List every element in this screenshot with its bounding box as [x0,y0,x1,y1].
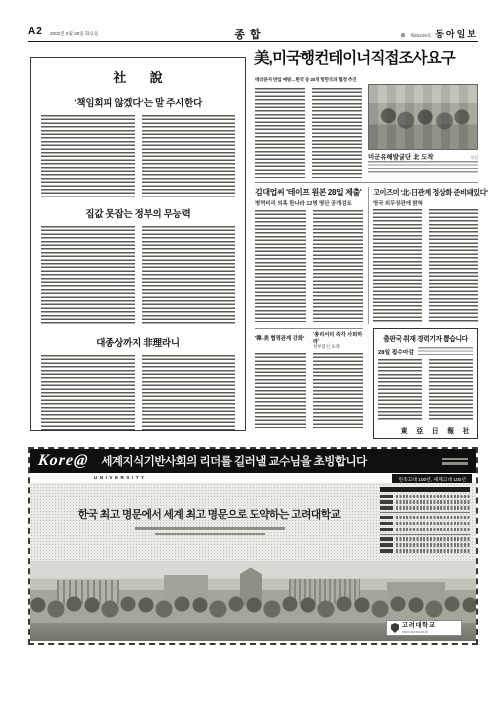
university-name: 고려대학교 [402,622,435,629]
header-rule [28,41,478,42]
korea-logo: Kore@ [37,452,89,470]
photo-caption-text [368,161,478,174]
ad-position-list [380,487,470,555]
news-photo [368,84,478,150]
newspaper-page: A2 2002년 5월 28일 화요일 종합 ⊕ 제25229호 동아일보 社 … [0,0,500,707]
mini-story-left-headline: '韓-美 협력관계 강화' [255,334,308,342]
notice-signature: 東 亞 日 報 社 [378,425,473,435]
notice-intro-text [418,347,473,355]
university-url: www.korea.ac.kr [402,630,435,634]
story-koizumi-body-text [373,209,478,323]
ad-sub-text [130,527,290,538]
ad-banner-small-text [442,458,468,465]
notice-title: 출판국 취재 경력기자 뽑습니다 [378,333,473,343]
divider-rule-2 [255,328,363,329]
ad-body: 한국 최고 명문에서 세계 최고 명문으로 도약하는 고려대학교 [30,483,476,561]
lead-body-text [255,88,362,178]
editorial-headline-3: 대종상까지 非理라니 [41,335,235,349]
notice-deadline: 28일 접수마감 [378,347,414,356]
issue-number: 제25229호 [410,33,432,39]
story-kim-body-text [255,210,363,322]
paper-mark-icon: ⊕ [401,32,406,39]
university-label: UNIVERSITY [94,475,147,480]
column-rule [368,187,369,324]
editorial-body-1 [41,115,235,197]
editorial-body-2 [41,226,235,326]
lead-headline: 美, 미국행 컨테이너 직접조사 요구 [254,46,480,68]
editorial-box: 社 說 '책임회피 않겠다'는 말 주시한다 집값 못잡는 정부의 무능력 대종… [30,57,246,431]
story-koizumi-subhead: 영국 외무장관에 밝혀 [373,199,479,207]
campus-photo: 고려대학교 www.korea.ac.kr [30,561,476,641]
divider-rule [255,182,478,183]
korea-university-logo-chip: 고려대학교 www.korea.ac.kr [386,620,462,636]
paper-name: 동아일보 [435,27,478,40]
editorial-section-title: 社 說 [41,67,235,86]
recruitment-notice-box: 출판국 취재 경력기자 뽑습니다 28일 접수마감 東 亞 日 報 社 [373,328,478,439]
editorial-headline-1: '책임회피 않겠다'는 말 주시한다 [41,95,235,109]
mini-story-right-subhead: 정부불신 초래 [313,344,363,350]
lead-subhead: 테러분자 반입 예방…한국 등 20개 항만국과 협정 추진 [255,77,367,83]
editorial-body-3 [41,355,235,431]
campus-trees [30,595,476,622]
korea-university-ad: Kore@ 세계지식기반사회의 리더를 길러낼 교수님을 초빙합니다 UNIVE… [28,447,478,645]
story-koizumi-headline: 고이즈미 '北-日관계 정상화 준비돼있다' [373,188,479,198]
story-kim-subhead: 병역비리 의혹 한나라 12명 명단 공개검토 [255,199,365,207]
story-kim-headline: 김대업씨 '테이프 원본 28일 제출' [255,187,365,198]
university-crest-icon [391,623,399,633]
notice-body-text [378,359,473,421]
photo-caption-title: 미군유해발굴단 北 도착 [368,152,434,161]
ad-banner: Kore@ 세계지식기반사회의 리더를 길러낼 교수님을 초빙합니다 [30,449,476,473]
masthead: ⊕ 제25229호 동아일보 [401,27,478,40]
editorial-headline-2: 집값 못잡는 정부의 무능력 [41,206,235,220]
ad-slogan: 한국 최고 명문에서 세계 최고 명문으로 도약하는 고려대학교 [44,507,374,522]
ad-banner-text: 세계지식기반사회의 리더를 길러낼 교수님을 초빙합니다 [101,453,366,469]
mini-story-body-text [255,353,363,428]
